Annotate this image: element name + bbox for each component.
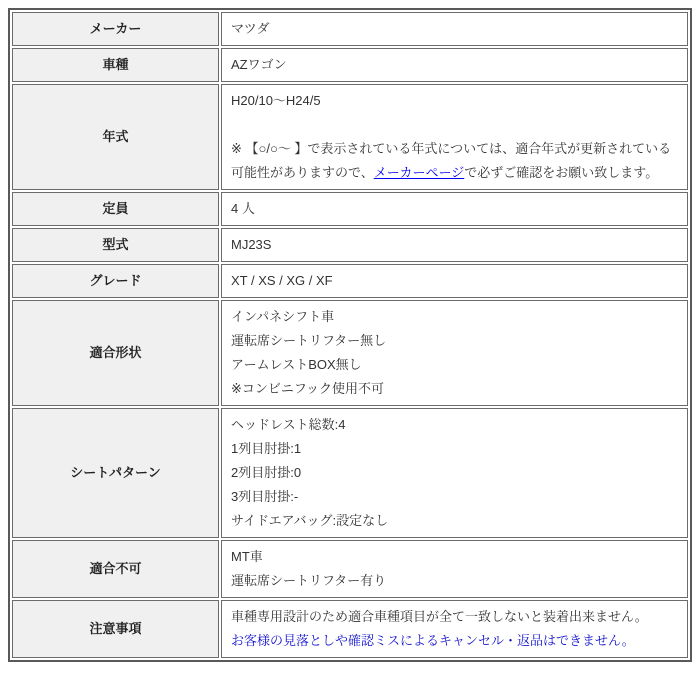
grade-value: XT / XS / XG / XF — [221, 264, 688, 298]
notes-line-main: 車種専用設計のため適合車種項目が全て一致しないと装着出来ません。 — [231, 605, 678, 629]
year-range: H20/10～H24/5 — [231, 89, 678, 113]
spec-row-grade: グレード XT / XS / XG / XF — [12, 264, 688, 298]
shape-line: インパネシフト車 — [231, 305, 678, 329]
vehicle-spec-table: メーカー マツダ 車種 AZワゴン 年式 H20/10～H24/5 ※ 【○/○… — [8, 8, 692, 662]
maker-page-link[interactable]: メーカーページ — [374, 165, 464, 180]
capacity-value: 4 人 — [221, 192, 688, 226]
spec-row-code: 型式 MJ23S — [12, 228, 688, 262]
spec-row-model: 車種 AZワゴン — [12, 48, 688, 82]
notes-line-cancel-policy: お客様の見落としや確認ミスによるキャンセル・返品はできません。 — [231, 629, 678, 653]
maker-label: メーカー — [12, 12, 219, 46]
shape-line: アームレストBOX無し — [231, 353, 678, 377]
shape-label: 適合形状 — [12, 300, 219, 406]
code-label: 型式 — [12, 228, 219, 262]
shape-line: ※コンビニフック使用不可 — [231, 377, 678, 401]
year-note: ※ 【○/○～ 】で表示されている年式については、適合年式が更新されている可能性… — [231, 137, 678, 185]
year-label: 年式 — [12, 84, 219, 190]
spec-row-seat-pattern: シートパターン ヘッドレスト総数:4 1列目肘掛:1 2列目肘掛:0 3列目肘掛… — [12, 408, 688, 538]
shape-value: インパネシフト車 運転席シートリフター無し アームレストBOX無し ※コンビニフ… — [221, 300, 688, 406]
code-value: MJ23S — [221, 228, 688, 262]
page: メーカー マツダ 車種 AZワゴン 年式 H20/10～H24/5 ※ 【○/○… — [0, 0, 700, 670]
incompatible-label: 適合不可 — [12, 540, 219, 598]
spec-row-maker: メーカー マツダ — [12, 12, 688, 46]
incompatible-value: MT車 運転席シートリフター有り — [221, 540, 688, 598]
year-note-after: で必ずご確認をお願い致します。 — [464, 165, 658, 180]
spec-row-shape: 適合形状 インパネシフト車 運転席シートリフター無し アームレストBOX無し ※… — [12, 300, 688, 406]
spec-row-incompatible: 適合不可 MT車 運転席シートリフター有り — [12, 540, 688, 598]
grade-label: グレード — [12, 264, 219, 298]
incompatible-line: MT車 — [231, 545, 678, 569]
model-value: AZワゴン — [221, 48, 688, 82]
seat-pattern-value: ヘッドレスト総数:4 1列目肘掛:1 2列目肘掛:0 3列目肘掛:- サイドエア… — [221, 408, 688, 538]
maker-value: マツダ — [221, 12, 688, 46]
seat-pattern-line: 2列目肘掛:0 — [231, 461, 678, 485]
blank-line — [231, 113, 678, 137]
notes-value: 車種専用設計のため適合車種項目が全て一致しないと装着出来ません。 お客様の見落と… — [221, 600, 688, 658]
capacity-label: 定員 — [12, 192, 219, 226]
seat-pattern-label: シートパターン — [12, 408, 219, 538]
spec-row-notes: 注意事項 車種専用設計のため適合車種項目が全て一致しないと装着出来ません。 お客… — [12, 600, 688, 658]
spec-row-year: 年式 H20/10～H24/5 ※ 【○/○～ 】で表示されている年式については… — [12, 84, 688, 190]
incompatible-line: 運転席シートリフター有り — [231, 569, 678, 593]
notes-label: 注意事項 — [12, 600, 219, 658]
seat-pattern-line: 1列目肘掛:1 — [231, 437, 678, 461]
year-value: H20/10～H24/5 ※ 【○/○～ 】で表示されている年式については、適合… — [221, 84, 688, 190]
model-label: 車種 — [12, 48, 219, 82]
spec-row-capacity: 定員 4 人 — [12, 192, 688, 226]
shape-line: 運転席シートリフター無し — [231, 329, 678, 353]
seat-pattern-line: 3列目肘掛:- — [231, 485, 678, 509]
seat-pattern-line: サイドエアバッグ:設定なし — [231, 509, 678, 533]
seat-pattern-line: ヘッドレスト総数:4 — [231, 413, 678, 437]
